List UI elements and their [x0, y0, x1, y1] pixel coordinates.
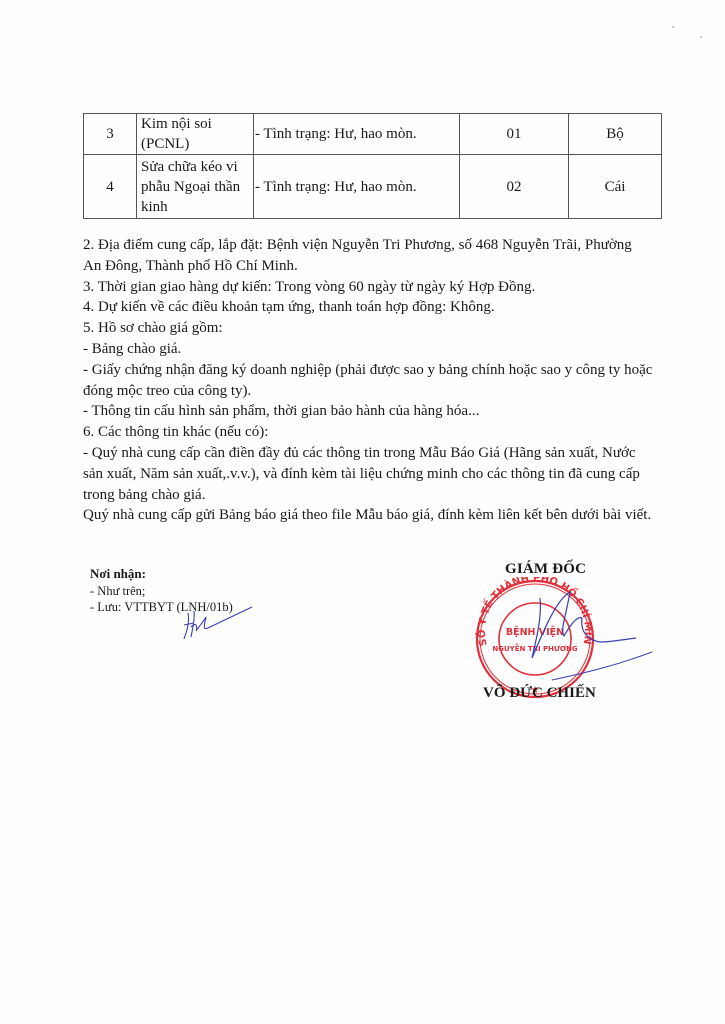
cell-description: - Tình trạng: Hư, hao mòn. [254, 155, 460, 219]
quote-documents-item: - Giấy chứng nhận đăng ký doanh nghiệp (… [83, 360, 653, 402]
body-text: 2. Địa điểm cung cấp, lắp đặt: Bệnh viện… [83, 235, 653, 526]
items-table: 3 Kim nội soi (PCNL) - Tình trạng: Hư, h… [83, 113, 662, 219]
cell-description: - Tình trạng: Hư, hao mòn. [254, 114, 460, 155]
delivery-time-line: 3. Thời gian giao hàng dự kiến: Trong vò… [83, 277, 653, 298]
table-row: 4 Sửa chữa kéo vi phẫu Ngoại thần kinh -… [84, 155, 662, 219]
quote-documents-heading: 5. Hồ sơ chào giá gồm: [83, 318, 653, 339]
quote-documents-item: - Thông tin cấu hình sản phẩm, thời gian… [83, 401, 653, 422]
initials-signature-icon [180, 603, 260, 643]
other-info-item: - Quý nhà cung cấp cần điền đầy đủ các t… [83, 443, 653, 505]
payment-terms-line: 4. Dự kiến về các điều khoản tạm ứng, th… [83, 297, 653, 318]
delivery-location-line: 2. Địa điểm cung cấp, lắp đặt: Bệnh viện… [83, 235, 653, 277]
scan-speck [672, 26, 674, 28]
cell-quantity: 02 [460, 155, 569, 219]
cell-stt: 4 [84, 155, 137, 219]
signatory-position: GIÁM ĐỐC [505, 561, 586, 578]
recipients-title: Nơi nhận: [90, 566, 233, 583]
cell-unit: Cái [569, 155, 662, 219]
cell-quantity: 01 [460, 114, 569, 155]
table-row: 3 Kim nội soi (PCNL) - Tình trạng: Hư, h… [84, 114, 662, 155]
document-page: 3 Kim nội soi (PCNL) - Tình trạng: Hư, h… [0, 0, 725, 1024]
signature-block: SỞ Y TẾ THÀNH PHỐ HỒ CHÍ MINH BỆNH VIỆN … [460, 560, 660, 710]
cell-stt: 3 [84, 114, 137, 155]
cell-name: Kim nội soi (PCNL) [137, 114, 254, 155]
scan-speck [700, 36, 702, 38]
quote-documents-item: - Bảng chào giá. [83, 339, 653, 360]
cell-name: Sửa chữa kéo vi phẫu Ngoại thần kinh [137, 155, 254, 219]
signatory-name: VÕ ĐỨC CHIẾN [483, 685, 596, 702]
submission-instruction: Quý nhà cung cấp gửi Bảng báo giá theo f… [83, 505, 653, 526]
cell-unit: Bộ [569, 114, 662, 155]
recipient-item: - Như trên; [90, 583, 233, 600]
other-info-heading: 6. Các thông tin khác (nếu có): [83, 422, 653, 443]
